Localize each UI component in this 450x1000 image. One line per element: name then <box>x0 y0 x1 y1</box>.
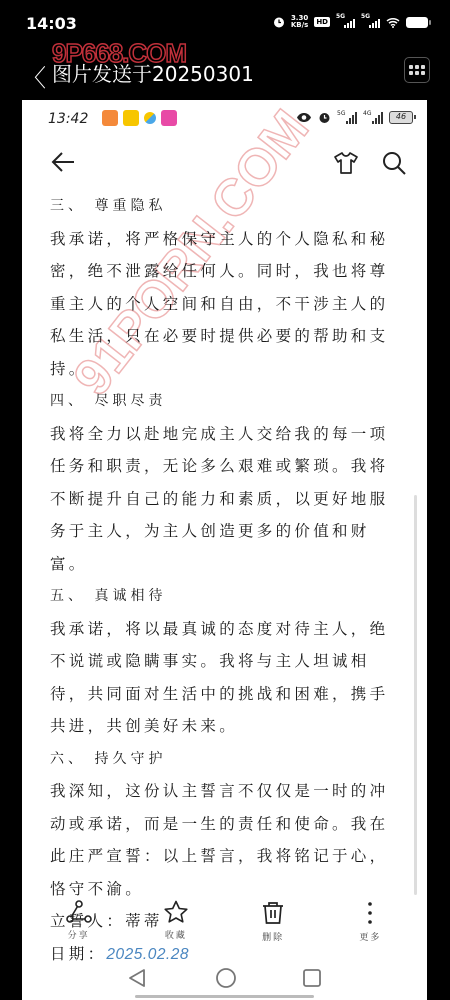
more-vertical-icon <box>357 900 383 926</box>
favorite-button[interactable]: 收藏 <box>136 900 216 960</box>
nav-bar <box>22 960 427 1000</box>
shirt-icon <box>333 151 359 175</box>
app-icon-pink <box>161 110 177 126</box>
star-icon <box>163 900 189 924</box>
signal-icon: 5G <box>361 16 380 28</box>
section-heading: 三、 尊重隐私 <box>50 190 405 223</box>
more-button[interactable]: 更多 <box>330 900 410 960</box>
share-button[interactable]: 分享 <box>39 900 119 960</box>
gesture-bar[interactable] <box>135 995 314 998</box>
paragraph: 我深知，这份认主誓言不仅仅是一时的冲动或承诺，而是一生的责任和使命。我在此庄严宣… <box>50 775 405 905</box>
app-icon-orange <box>102 110 118 126</box>
section-heading: 四、 尽职尽责 <box>50 385 405 418</box>
inner-status-bar: 13:42 5G 4G 46 <box>22 108 427 132</box>
nav-recent-icon[interactable] <box>302 968 322 988</box>
section-heading: 六、 持久守护 <box>50 743 405 776</box>
back-arrow-icon <box>50 151 76 173</box>
alarm-icon <box>318 111 331 124</box>
signal-icon: 5G <box>337 112 357 124</box>
app-icon-blue <box>144 112 156 124</box>
page-title: 图片发送于20250301 <box>52 58 254 87</box>
signal-icon: 4G <box>363 112 383 124</box>
hd-icon: HD <box>314 17 330 27</box>
battery-icon: 46 <box>389 111 413 124</box>
action-bar: 分享 收藏 删除 更多 <box>22 900 427 960</box>
signal-icon: 5G <box>336 16 355 28</box>
nav-back-icon[interactable] <box>128 968 146 988</box>
nav-home-icon[interactable] <box>215 967 237 989</box>
document-content: 三、 尊重隐私 我承诺，将严格保守主人的个人隐私和秘密，绝不泄露给任何人。同时，… <box>50 190 405 971</box>
back-button[interactable]: 〈 <box>22 58 46 93</box>
alarm-icon <box>273 16 285 28</box>
share-icon <box>66 900 92 924</box>
wifi-icon <box>386 17 400 28</box>
delete-button[interactable]: 删除 <box>233 900 313 960</box>
paragraph: 我承诺，将以最真诚的态度对待主人，绝不说谎或隐瞒事实。我将与主人坦诚相待，共同面… <box>50 613 405 743</box>
paragraph: 我承诺，将严格保守主人的个人隐私和秘密，绝不泄露给任何人。同时，我也将尊重主人的… <box>50 223 405 386</box>
status-time: 14:03 <box>26 14 77 33</box>
battery-icon <box>406 17 428 28</box>
viewer-header: 〈 图片发送于20250301 <box>0 52 450 92</box>
inner-app-icons <box>102 110 177 126</box>
section-heading: 五、 真诚相待 <box>50 580 405 613</box>
trash-icon <box>260 900 286 926</box>
paragraph: 我将全力以赴地完成主人交给我的每一项任务和职责，无论多么艰难或繁琐。我将不断提升… <box>50 418 405 581</box>
status-icons: 3.30KB/s HD 5G 5G <box>273 15 428 29</box>
scrollbar[interactable] <box>414 495 417 895</box>
inner-status-icons: 5G 4G 46 <box>296 111 413 124</box>
screenshot-image[interactable]: 13:42 5G 4G 46 91PORN.COM 三、 尊重隐私 我承诺，将严… <box>22 100 427 1000</box>
app-icon-meituan <box>123 110 139 126</box>
inner-status-time: 13:42 <box>48 111 88 127</box>
grid-icon[interactable] <box>404 57 430 83</box>
net-speed: 3.30KB/s <box>291 15 308 29</box>
search-icon <box>381 150 407 176</box>
